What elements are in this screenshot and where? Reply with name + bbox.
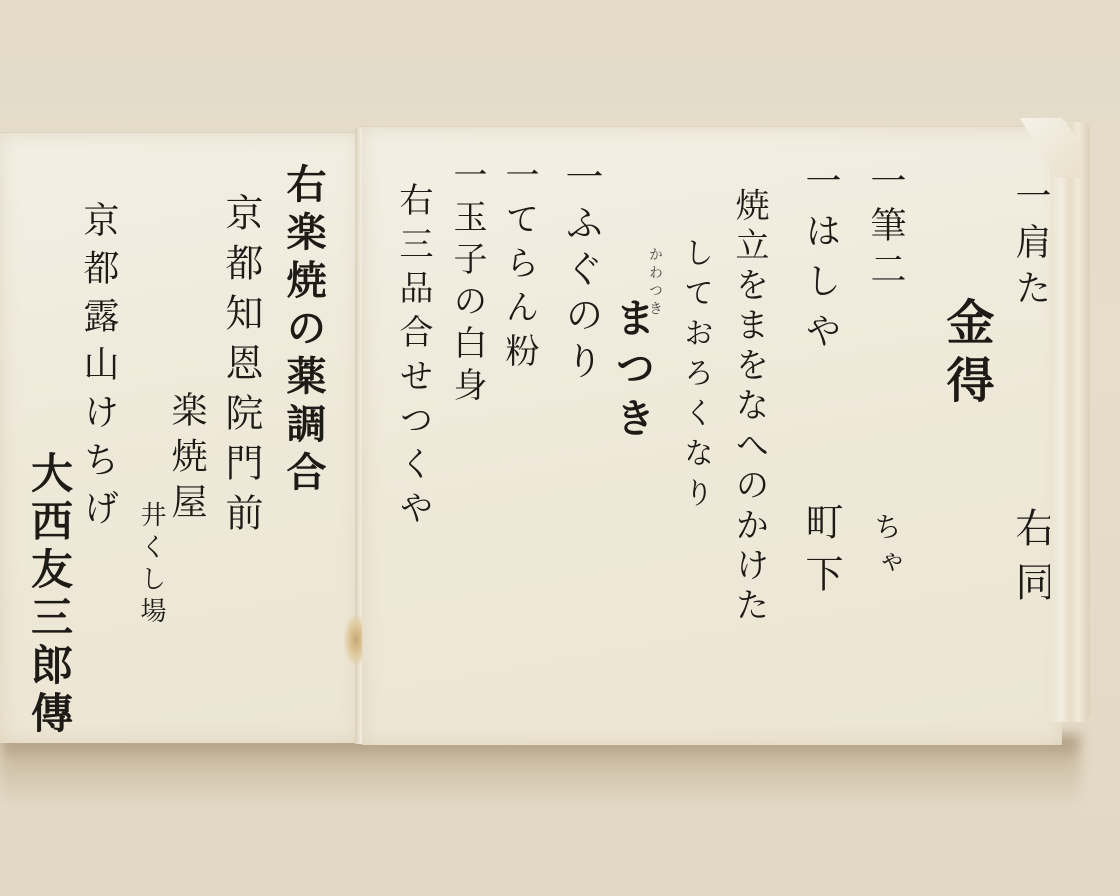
right-column-1: 一肩た bbox=[1012, 177, 1048, 315]
right-column-12: 一てらん粉 bbox=[502, 157, 536, 377]
left-column-4: 井くし場 bbox=[138, 501, 164, 629]
page-shadow bbox=[0, 735, 1080, 805]
right-column-3: 右同 bbox=[1012, 507, 1052, 615]
left-column-3: 楽焼屋 bbox=[168, 391, 204, 529]
right-column-7: 町下 bbox=[802, 502, 840, 606]
right-column-13: 一玉子の白身 bbox=[450, 157, 484, 409]
left-column-1: 右楽焼の薬調合 bbox=[283, 163, 323, 499]
right-column-11: 一ふぐのり bbox=[562, 157, 600, 387]
left-column-5: 京都露山けちげ bbox=[80, 201, 116, 537]
right-column-5: ちゃ bbox=[872, 512, 900, 584]
right-column-2: 金得 bbox=[942, 297, 990, 413]
right-column-10: まつき bbox=[612, 297, 652, 447]
page-stack-edge bbox=[1050, 122, 1090, 722]
right-column-8: 焼立をまをなへのかけた bbox=[732, 187, 766, 627]
left-page: 右楽焼の薬調合 京都知恩院門前 楽焼屋 井くし場 京都露山けちげ 大西友三郎傳 bbox=[0, 132, 360, 743]
right-column-9: しておろくなり bbox=[680, 237, 710, 517]
right-column-14: 右三品合せつくや bbox=[396, 182, 430, 534]
right-page: 一肩た 金得 右同 一筆二 ちゃ 一はしや 町下 焼立をまをなへのかけた してお… bbox=[362, 126, 1062, 745]
left-column-6-signature: 大西友三郎傳 bbox=[28, 451, 70, 739]
left-column-2: 京都知恩院門前 bbox=[222, 193, 260, 543]
right-column-4: 一筆二 bbox=[867, 162, 903, 294]
right-column-6: 一はしや bbox=[802, 162, 838, 362]
